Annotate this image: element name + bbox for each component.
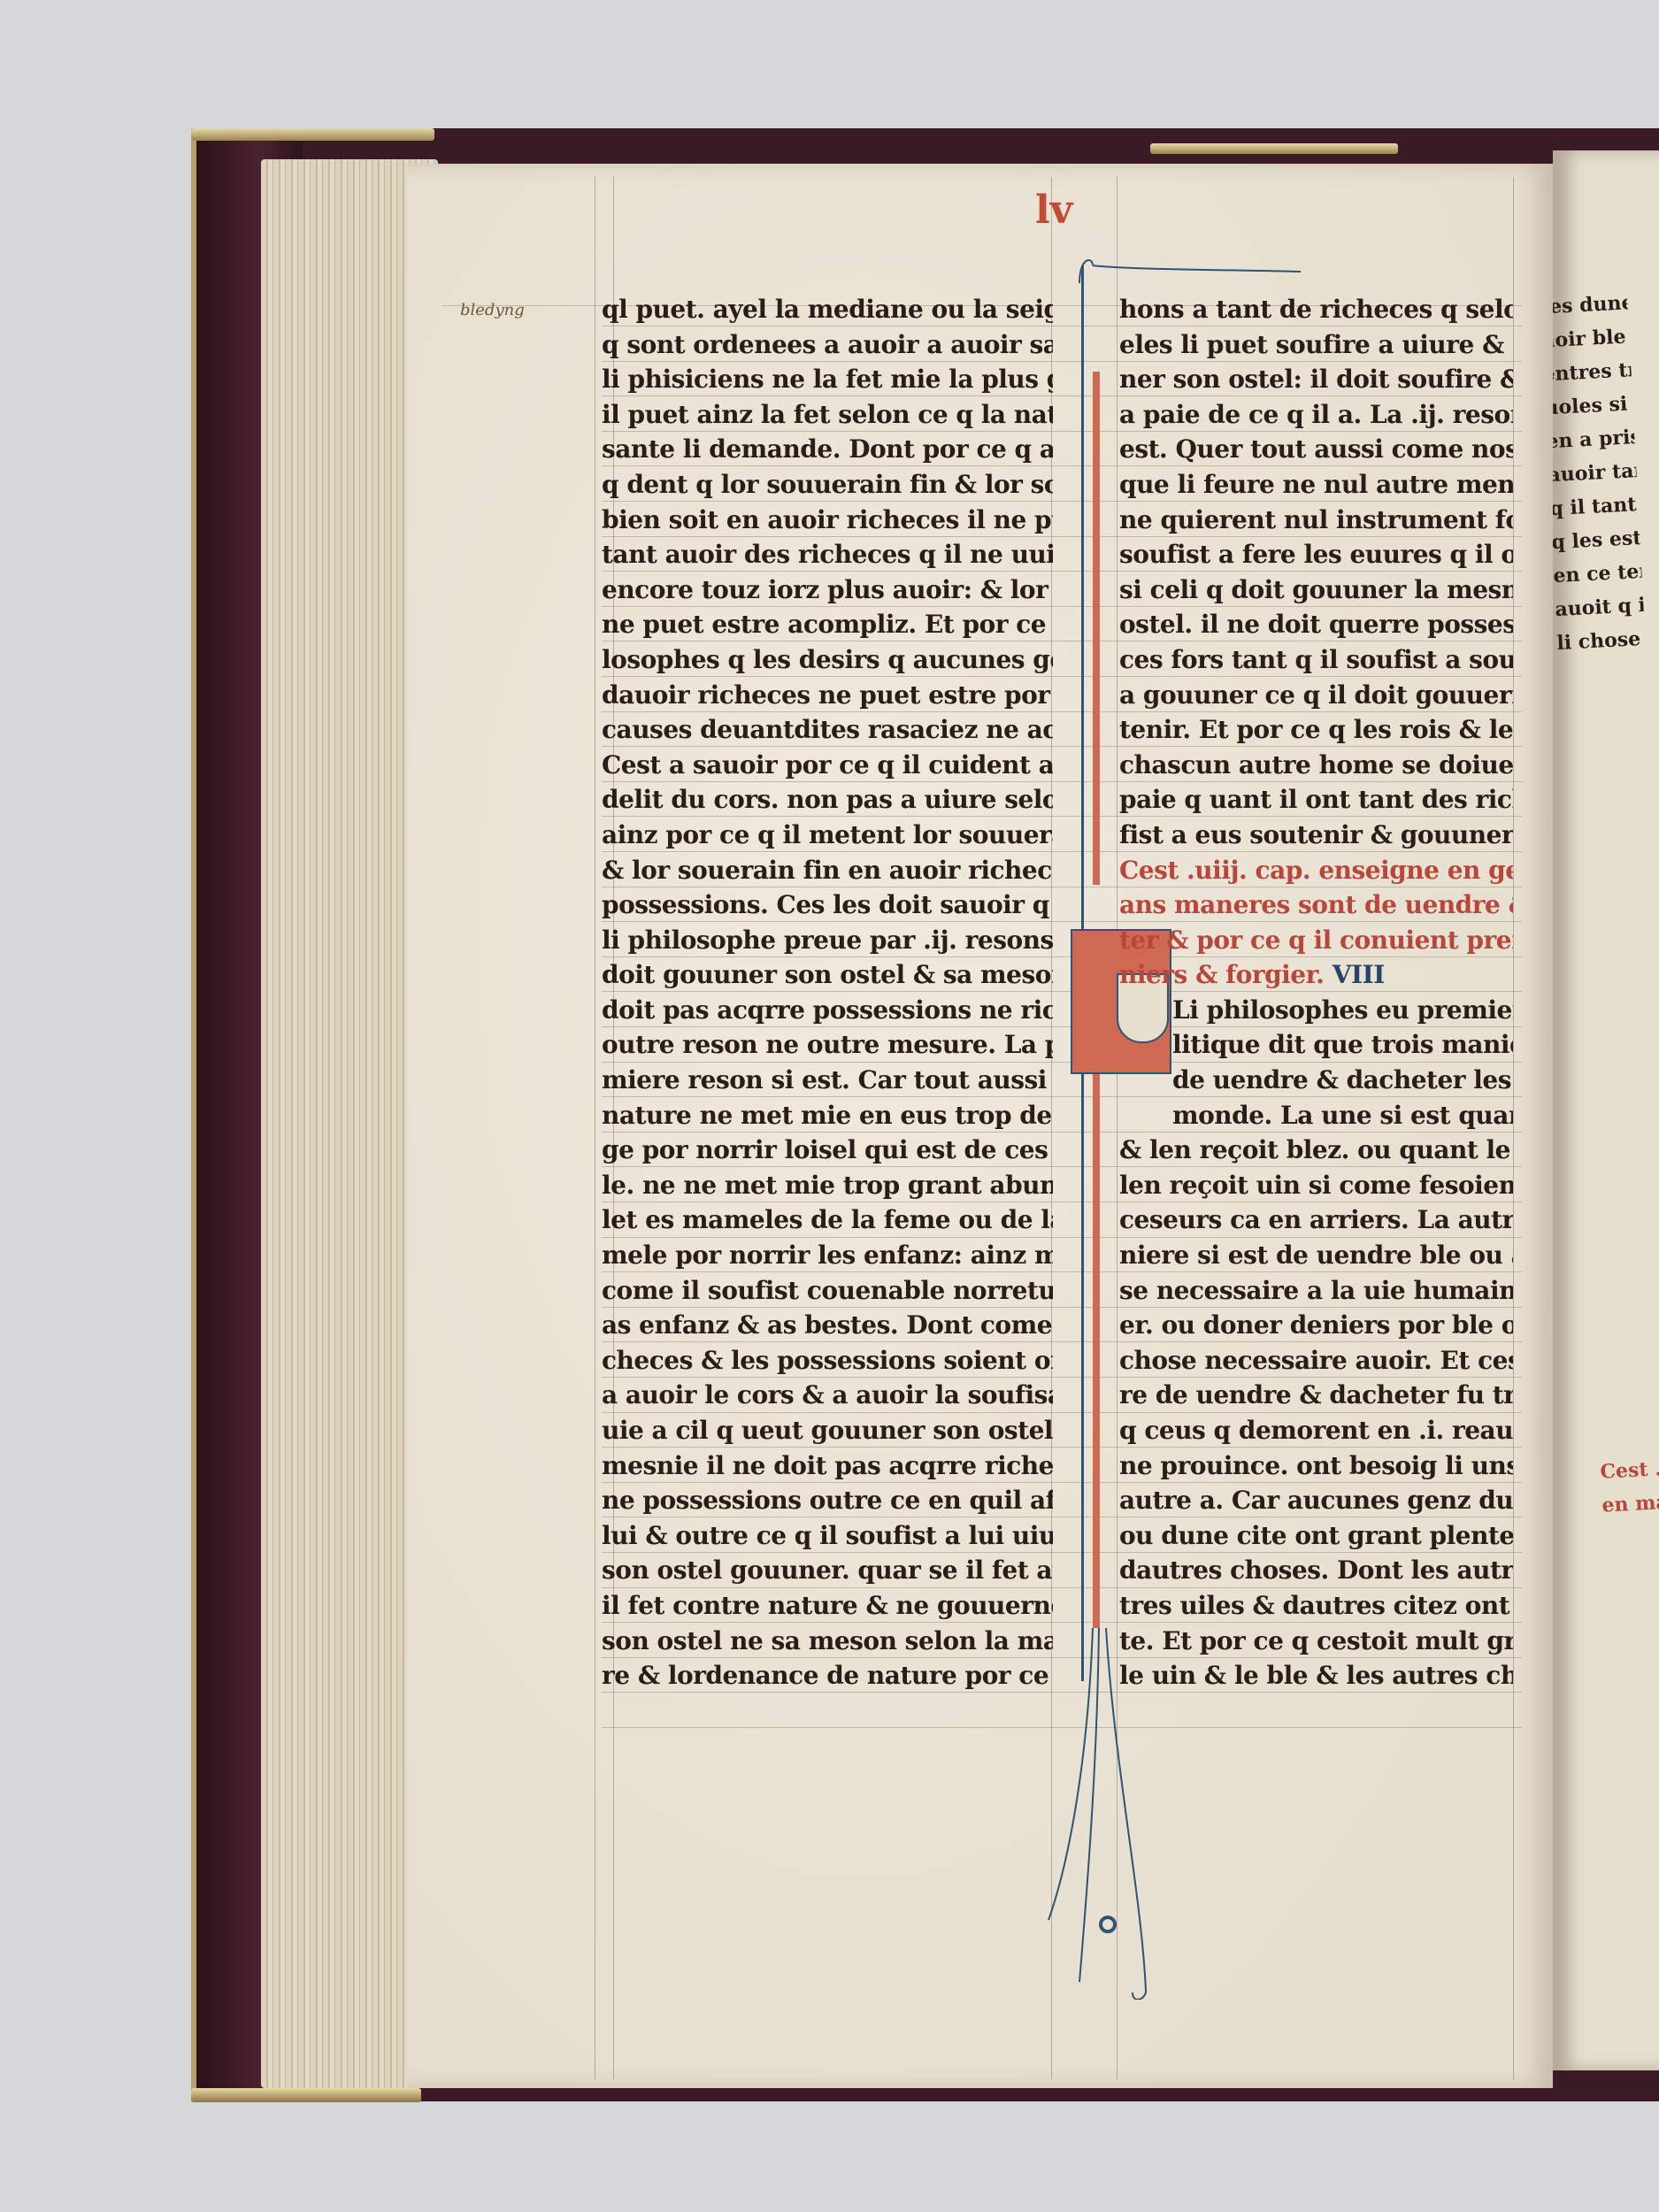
ruling-line bbox=[595, 177, 595, 2079]
text-line: len reçoit uin si come fesoient les an bbox=[1119, 1168, 1513, 1203]
text-line: losophes q les desirs q aucunes genz ont bbox=[602, 642, 1053, 678]
text-line: li phisiciens ne la fet mie la plus gnt … bbox=[602, 362, 1053, 397]
text-line: litique dit que trois manieres sont bbox=[1119, 1027, 1513, 1063]
facing-text-line: Cest .ix. c bbox=[1600, 1451, 1659, 1489]
text-line: lui & outre ce q il soufist a lui uiure … bbox=[602, 1518, 1053, 1554]
text-line: ou dune cite ont grant plente de uin ou bbox=[1119, 1518, 1513, 1554]
text-line: soufist a fere les euures q il ont a fer… bbox=[1119, 537, 1513, 572]
text-line: il puet ainz la fet selon ce q la nature bbox=[602, 397, 1053, 433]
text-line: monde. La une si est quant len uent bbox=[1119, 1098, 1513, 1133]
text-line: son ostel gouuner. quar se il fet autrem… bbox=[602, 1553, 1053, 1588]
text-line: re de uendre & dacheter fu trouee por ce bbox=[1119, 1378, 1513, 1413]
text-line: autre a. Car aucunes genz dune uile bbox=[1119, 1483, 1513, 1518]
text-line: chascun autre home se doiuet tenir a bbox=[1119, 748, 1513, 783]
facing-text-line: uoir ble & ble ou bbox=[1540, 319, 1631, 357]
text-line: le uin & le ble & les autres choses pesa bbox=[1119, 1658, 1513, 1694]
text-line: le. ne ne met mie trop grant abundance d… bbox=[602, 1168, 1053, 1203]
text-line: ostel. il ne doit querre possessions ne … bbox=[1119, 607, 1513, 642]
text-line: paie q uant il ont tant des richeces q i… bbox=[1119, 782, 1513, 818]
text-line: dautres choses. Dont les autres q sont d… bbox=[1119, 1553, 1513, 1588]
ruling-line bbox=[1513, 177, 1514, 2079]
text-line: li philosophe preue par .ij. resons q ce… bbox=[602, 923, 1053, 958]
text-line: tres uiles & dautres citez ont grant sou… bbox=[1119, 1588, 1513, 1624]
text-line: te. Et por ce q cestoit mult grief a por… bbox=[1119, 1624, 1513, 1659]
text-line: & len reçoit blez. ou quant le done blez… bbox=[1119, 1133, 1513, 1168]
text-line: que li feure ne nul autre menestrel bbox=[1119, 467, 1513, 503]
text-line: mesnie il ne doit pas acqrre richeces bbox=[602, 1448, 1053, 1484]
text-line: tenir. Et por ce q les rois & les prince… bbox=[1119, 712, 1513, 748]
text-line: fist a eus soutenir & gouuner selon esta… bbox=[1119, 818, 1513, 853]
text-line: sante li demande. Dont por ce q aucunes … bbox=[602, 432, 1053, 467]
top-flourish-icon bbox=[1075, 252, 1305, 288]
text-line: possessions. Ces les doit sauoir q bbox=[602, 887, 1053, 923]
facing-text-line: en ce tens la uoire bbox=[1553, 555, 1643, 593]
facing-text-line: q les estoit & selo bbox=[1551, 521, 1641, 559]
text-line: hons a tant de richeces q selon son esta… bbox=[1119, 292, 1513, 327]
text-line: q dent q lor souuerain fin & lor souuain bbox=[602, 467, 1053, 503]
gilt-edge-bottom bbox=[191, 2088, 421, 2102]
text-line: delit du cors. non pas a uiure selon uer… bbox=[602, 782, 1053, 818]
text-line: ne quierent nul instrument fors tant qui… bbox=[1119, 503, 1513, 538]
rubric-line: Cest .uiij. cap. enseigne en general qu bbox=[1119, 853, 1513, 888]
text-line: causes deuantdites rasaciez ne aco mpliz… bbox=[602, 712, 1053, 748]
right-text-column: hons a tant de richeces q selon son esta… bbox=[1119, 292, 1513, 1694]
text-line: checes & les possessions soient ordenees bbox=[602, 1343, 1053, 1379]
rubric-line: niers & forgier. VIII bbox=[1119, 957, 1513, 993]
text-line: ne possessions outre ce en quil afiert a bbox=[602, 1483, 1053, 1518]
gilt-edge-top-right bbox=[1150, 143, 1398, 154]
text-line: outre reson ne outre mesure. La pre bbox=[602, 1027, 1053, 1063]
facing-text-line: auoit q il sembloit bbox=[1554, 588, 1644, 626]
text-line: mele por norrir les enfanz: ainz met tan… bbox=[602, 1238, 1053, 1273]
left-text-column: ql puet. ayel la mediane ou la seigneq s… bbox=[602, 292, 1053, 1694]
text-line: si celi q doit gouuner la mesnie ou lo bbox=[1119, 572, 1513, 608]
text-line: as enfanz & as bestes. Dont come les ri bbox=[602, 1308, 1053, 1343]
facing-text-line: q il tant or selon bbox=[1549, 488, 1640, 526]
text-line: Cest a sauoir por ce q il cuident a uiur… bbox=[602, 748, 1053, 783]
text-line: come il soufist couenable norreture bbox=[602, 1273, 1053, 1309]
text-line: a paie de ce q il a. La .ij. reson si bbox=[1119, 397, 1513, 433]
text-line: re & lordenance de nature por ce q quil bbox=[602, 1658, 1053, 1694]
text-line: uie a cil q ueut gouuner son ostel & sa bbox=[602, 1413, 1053, 1448]
text-line: se necessaire a la uie humaine por deni bbox=[1119, 1273, 1513, 1309]
text-line: il fet contre nature & ne gouuerne pas bbox=[602, 1588, 1053, 1624]
rubric-line: ans maneres sont de uendre & dacha bbox=[1119, 887, 1513, 923]
facing-text-line: uoles si come or bbox=[1544, 387, 1634, 425]
margin-annotation: bledyng bbox=[460, 301, 525, 319]
text-line: ge por norrir loisel qui est de ces lesc… bbox=[602, 1133, 1053, 1168]
text-line: ner son ostel: il doit soufire & souteni… bbox=[1119, 362, 1513, 397]
text-line: de uendre & dacheter les choses de cest bbox=[1119, 1063, 1513, 1098]
text-line: est. Quer tout aussi come nos ueons bbox=[1119, 432, 1513, 467]
folio-number: lv bbox=[1035, 188, 1072, 233]
text-line: ql puet. ayel la mediane ou la seigne bbox=[602, 292, 1053, 327]
text-line: a auoir le cors & a auoir la soufisance bbox=[602, 1378, 1053, 1413]
text-line: dauoir richeces ne puet estre por ces .i… bbox=[602, 678, 1053, 713]
text-line: encore touz iorz plus auoir: & lor desir… bbox=[602, 572, 1053, 608]
facing-text-line: entres trouerent bbox=[1542, 353, 1632, 391]
border-bar-red bbox=[1093, 1062, 1100, 1628]
text-line: ces fors tant q il soufist a soutenir & bbox=[1119, 642, 1513, 678]
text-line: q ceus q demorent en .i. reaume ou en .i… bbox=[1119, 1413, 1513, 1448]
text-line: nature ne met mie en eus trop de uou bbox=[602, 1098, 1053, 1133]
border-bar-red bbox=[1093, 372, 1100, 885]
text-line: let es mameles de la feme ou de la fe bbox=[602, 1202, 1053, 1238]
gilt-edge-top-left bbox=[191, 128, 434, 141]
facing-text-line: li chose de pr bbox=[1555, 622, 1646, 660]
text-line: ne puet estre acompliz. Et por ce dit li… bbox=[602, 607, 1053, 642]
chapter-number: VIII bbox=[1325, 960, 1385, 989]
facing-text-line: auoir tant de ble bbox=[1548, 454, 1638, 492]
text-line: chose necessaire auoir. Et ceste manie bbox=[1119, 1343, 1513, 1379]
text-line: q sont ordenees a auoir a auoir sante bbox=[602, 327, 1053, 363]
text-line: son ostel ne sa meson selon la manie bbox=[602, 1624, 1053, 1659]
text-line: a gouuner ce q il doit gouuernier & sou bbox=[1119, 678, 1513, 713]
text-line: niere si est de uendre ble ou autre cho bbox=[1119, 1238, 1513, 1273]
facing-text-line: en a pris dune cite bbox=[1546, 420, 1636, 458]
text-line: ainz por ce q il metent lor souuerain bi… bbox=[602, 818, 1053, 853]
text-line: & lor souerain fin en auoir richeces & bbox=[602, 853, 1053, 888]
text-line: eles li puet soufire a uiure & a gouuer bbox=[1119, 327, 1513, 363]
text-line: bien soit en auoir richeces il ne puet bbox=[602, 503, 1053, 538]
text-line: ceseurs ca en arriers. La autre ma bbox=[1119, 1202, 1513, 1238]
text-line: Li philosophes eu premier liure de po bbox=[1119, 993, 1513, 1028]
text-line: ne prouince. ont besoig li uns de ce q l… bbox=[1119, 1448, 1513, 1484]
facing-text-line: en maniere bbox=[1601, 1484, 1659, 1522]
text-line: doit gouuner son ostel & sa meson ne bbox=[602, 957, 1053, 993]
text-line: miere reson si est. Car tout aussi come bbox=[602, 1063, 1053, 1098]
text-line: tant auoir des richeces q il ne uuillent bbox=[602, 537, 1053, 572]
text-line: er. ou doner deniers por ble ou por autr… bbox=[1119, 1308, 1513, 1343]
rubric-line: ter & por ce q il conuient premeirement … bbox=[1119, 923, 1513, 958]
text-line: doit pas acqrre possessions ne richeces bbox=[602, 993, 1053, 1028]
